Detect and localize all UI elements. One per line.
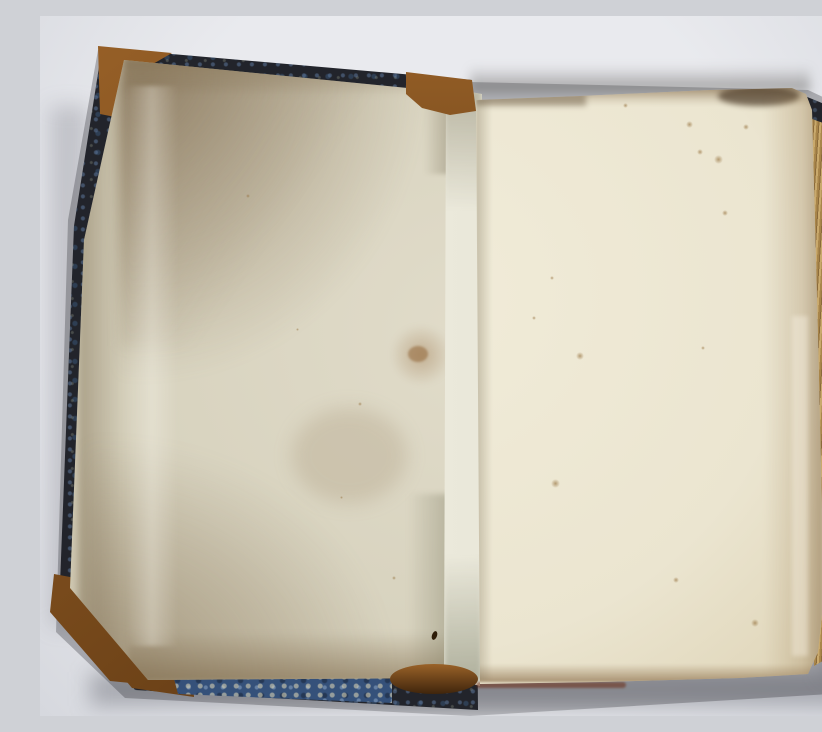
spine-tail-leather [390, 664, 478, 694]
foxing-spot [722, 210, 728, 216]
foxing-spot [358, 402, 362, 406]
foxing-spot [532, 316, 536, 320]
foxing-spot [550, 276, 554, 280]
fore-edge-highlight [792, 316, 808, 656]
foxing-spot [623, 103, 628, 108]
foxing-spot [551, 479, 560, 488]
foxing-spot [701, 346, 705, 350]
stain-faint-middle [292, 408, 407, 503]
foxing-spot [743, 124, 749, 130]
photo-open-antique-book: An antique hardcover book lying open on … [40, 16, 822, 716]
foxing-spot [392, 576, 396, 580]
stain-blotch-core [408, 346, 428, 362]
foxing-spot [751, 619, 759, 627]
foxing-spot [697, 149, 703, 155]
foxing-spot [296, 328, 299, 331]
foxing-spot [576, 352, 584, 360]
foxing-spot [673, 577, 679, 583]
foxing-spot [714, 155, 723, 164]
foxing-spot [686, 121, 693, 128]
gutter-shading-bottom [444, 556, 482, 681]
foxing-spot [340, 496, 343, 499]
paper-sheen-column [126, 86, 178, 646]
foxing-spot [246, 194, 250, 198]
shadow-above-top-edge [470, 66, 810, 92]
